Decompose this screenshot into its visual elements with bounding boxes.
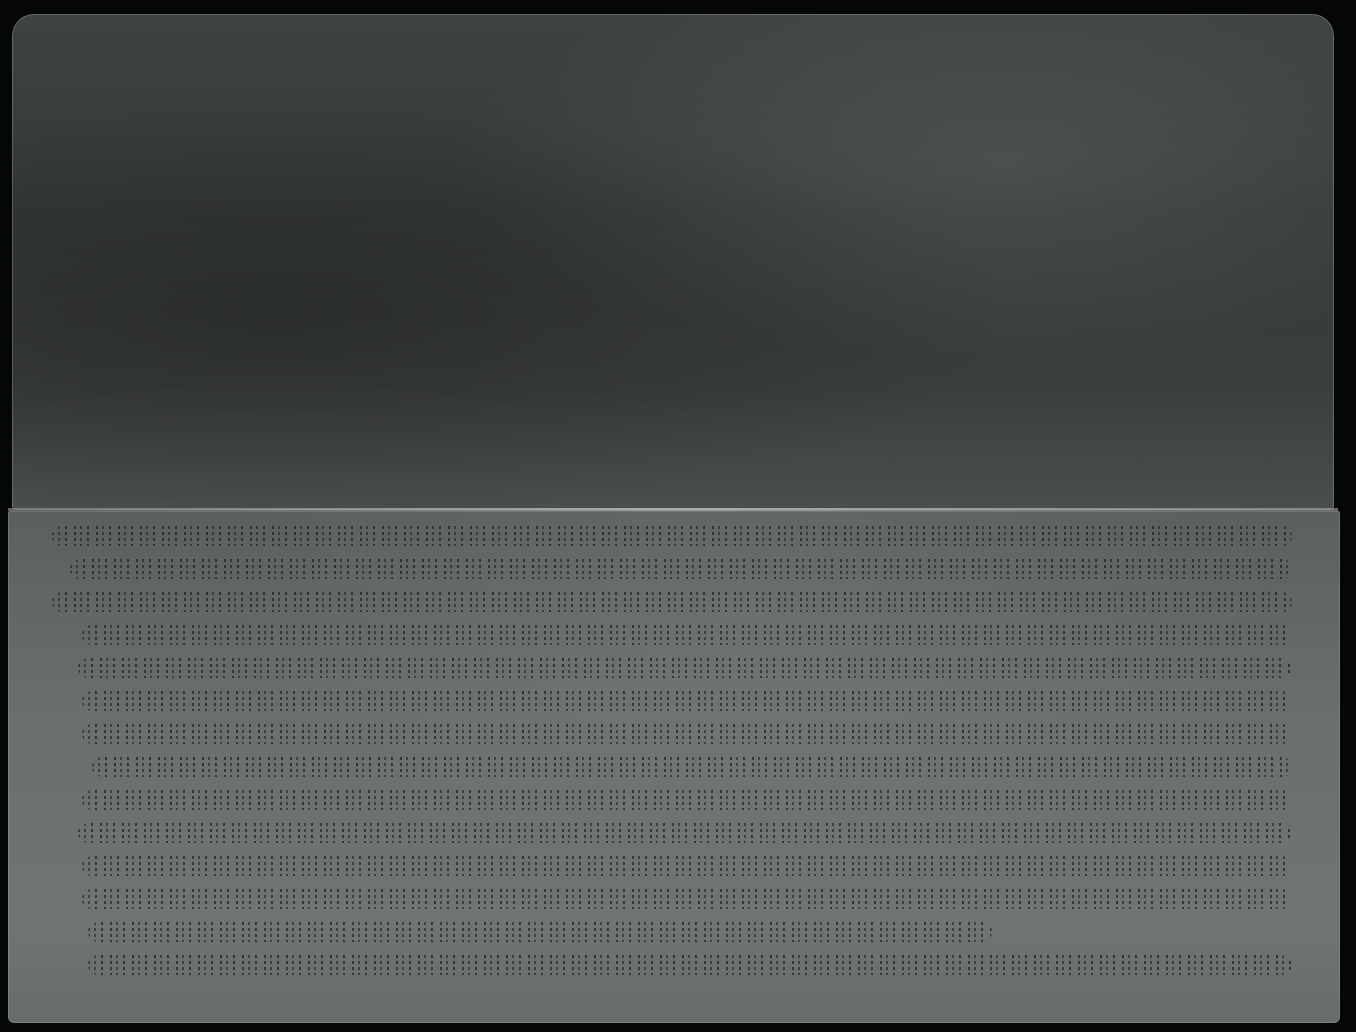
text-line xyxy=(52,687,1292,720)
text-line xyxy=(52,753,1292,786)
text-line xyxy=(52,918,1292,951)
text-line xyxy=(52,852,1292,885)
text-line xyxy=(52,621,1292,654)
handwritten-text-block xyxy=(52,522,1292,984)
text-line xyxy=(52,786,1292,819)
text-line xyxy=(52,951,1292,984)
text-line xyxy=(52,555,1292,588)
text-line xyxy=(52,819,1292,852)
photo-background: Handwritten Burmese manuscript (illegibl… xyxy=(0,0,1356,1032)
text-line xyxy=(52,522,1292,555)
manuscript-upper-panel xyxy=(12,14,1334,510)
text-line xyxy=(52,720,1292,753)
text-line xyxy=(52,588,1292,621)
text-line xyxy=(52,654,1292,687)
text-line xyxy=(52,885,1292,918)
